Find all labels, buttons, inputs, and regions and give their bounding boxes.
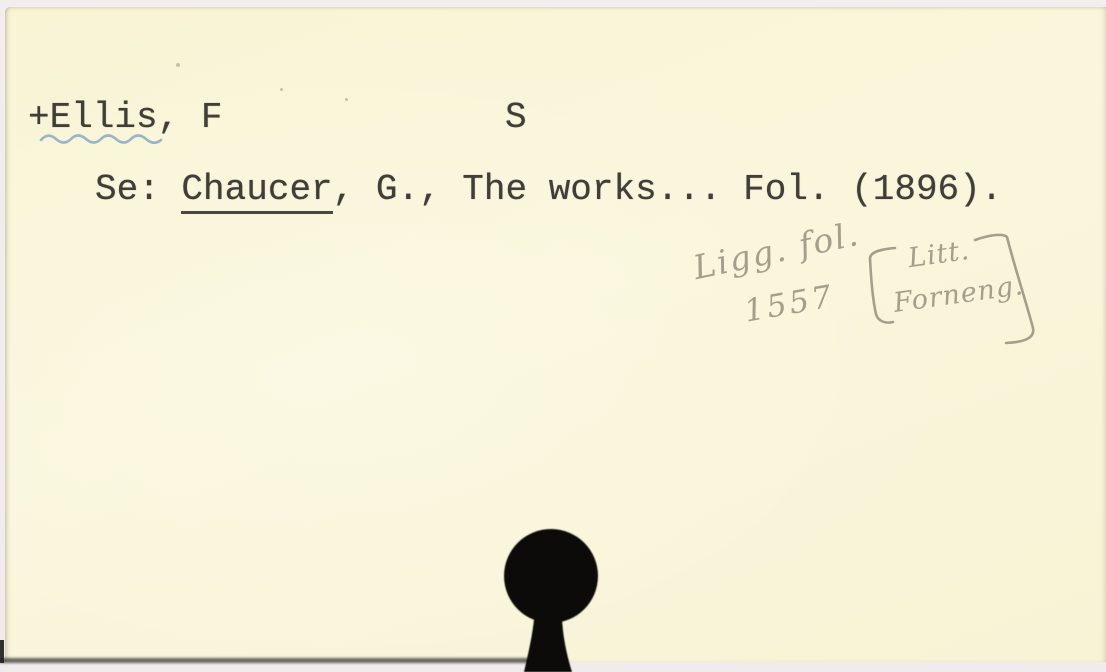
card-bottom-shadow (0, 658, 558, 663)
left-edge-mark (0, 640, 4, 663)
paper-speck (345, 98, 348, 101)
reference-line: Se: Chaucer, G., The works... Fol. (1896… (95, 171, 1002, 209)
wavy-underline-mark (38, 129, 170, 147)
referenced-author-underlined: Chaucer (181, 169, 332, 214)
catalog-card-scan: +Ellis, F S Se: Chaucer, G., The works..… (0, 0, 1106, 672)
handwritten-brackets (855, 225, 1055, 365)
filing-letter: S (505, 99, 527, 137)
hole-punch-mark (480, 520, 620, 672)
reference-lead: Se: (95, 169, 181, 210)
paper-speck (176, 63, 180, 67)
paper-speck (280, 88, 283, 91)
reference-rest: , G., The works... Fol. (1896). (333, 169, 1003, 210)
